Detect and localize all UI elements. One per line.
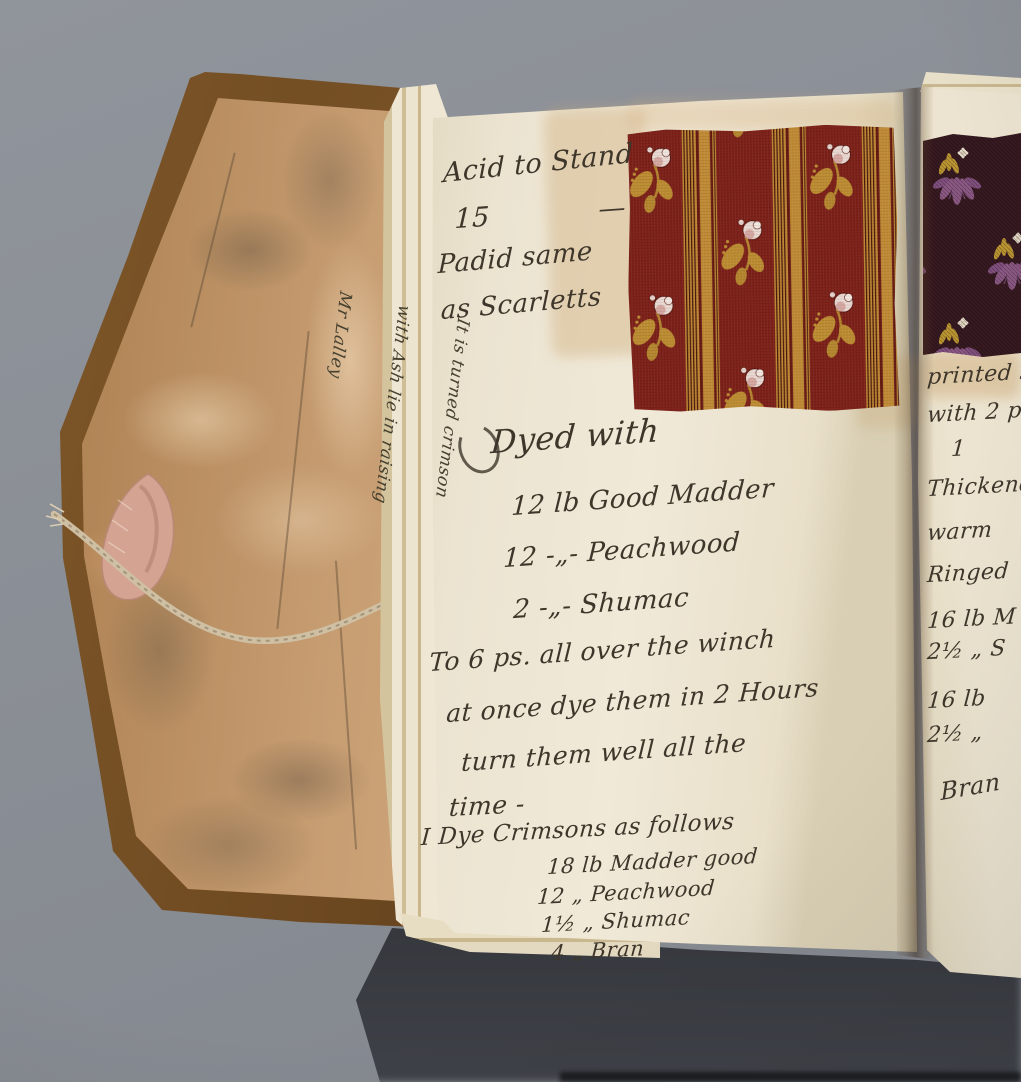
photo-vignette bbox=[0, 0, 1021, 1082]
photograph-scene: Acid to Stand 15 — Padid same as Scarlet… bbox=[0, 0, 1021, 1082]
